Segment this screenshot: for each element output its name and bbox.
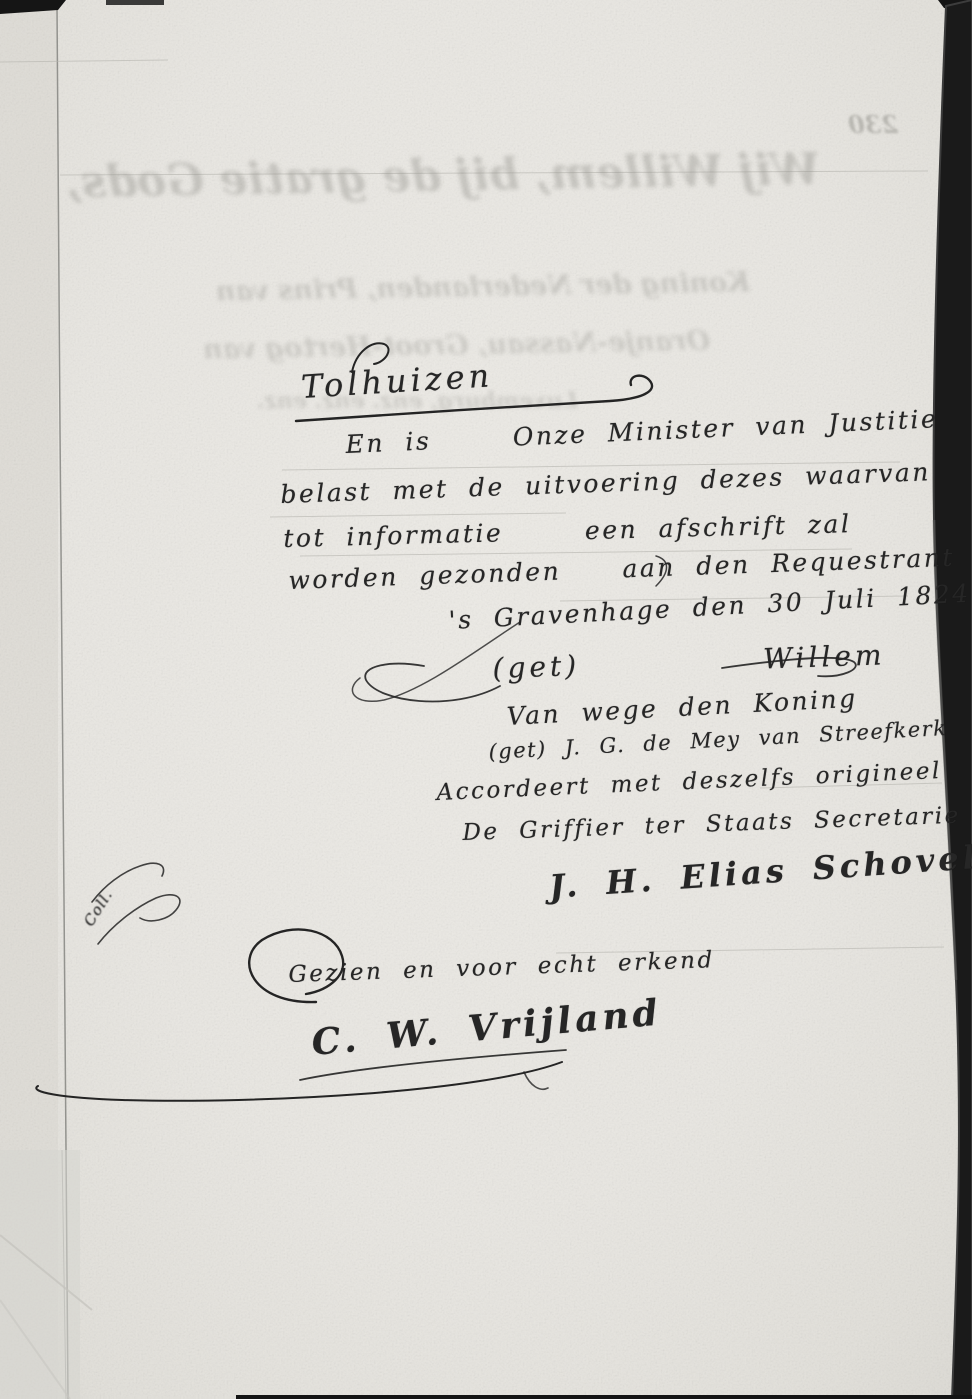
bleedthrough-line-1: Wij Willem, bij de gratie Gods, xyxy=(130,144,821,207)
body-line-2: belast met de uitvoering dezes waarvan xyxy=(280,457,931,509)
gravenhage-descender xyxy=(352,622,520,701)
marginal-scribble-1 xyxy=(92,863,164,902)
heading-cap-flourish xyxy=(352,343,389,372)
paper-grain xyxy=(0,0,972,1399)
body-line-3: tot informatie een afschrift zal xyxy=(283,509,852,553)
griffier-signature: J. H. Elias Schovel xyxy=(548,838,972,906)
dateline: 's Gravenhage den 30 Juli 1824. xyxy=(448,578,972,635)
vrijland-cross-stroke xyxy=(524,1072,548,1089)
get-loop-flourish xyxy=(365,664,500,702)
top-left-corner-mark xyxy=(0,0,66,14)
accordeert-line: Accordeert met deszelfs origineel xyxy=(436,758,942,806)
right-scan-edge xyxy=(934,0,972,1399)
gezonden-curl xyxy=(656,556,667,586)
handwriting-layer: Tolhuizen En is Onze Minister van Justit… xyxy=(0,0,972,1399)
gezien-g-flourish xyxy=(249,929,343,1002)
bleedthrough-line-4: Luxemburg, enz. enz. enz. xyxy=(238,388,578,414)
guide-lines xyxy=(0,60,944,953)
griffier-line: De Griffier ter Staats Secretarie xyxy=(462,803,961,846)
bleedthrough-line-3: Oranje-Nassau, Groot-Hertog van xyxy=(190,325,710,365)
bleedthrough-page-number: 230 xyxy=(848,110,898,139)
attestation-signature: C. W. Vrijland xyxy=(310,991,663,1063)
marginal-scribble-2 xyxy=(98,895,180,944)
body-line-1: En is Onze Minister van Justitie xyxy=(345,404,939,459)
bottom-left-smudge xyxy=(0,1150,80,1399)
vrijland-flourish-upper xyxy=(300,1050,566,1080)
left-fold-crease xyxy=(57,6,68,1399)
bottom-scan-edge xyxy=(236,1395,972,1399)
heading-tolhuizen: Tolhuizen xyxy=(300,356,494,406)
paper-texture-and-scan-edges xyxy=(0,0,972,1399)
willem-tail-flourish xyxy=(722,658,856,677)
body-line-4: worden gezonden aan den Requestrant xyxy=(288,543,955,595)
heading-underline-flourish xyxy=(296,376,652,421)
royal-signature-line: (get) Willem xyxy=(492,638,886,685)
left-margin-strip xyxy=(0,0,58,1399)
scanned-manuscript-page: 230 Wij Willem, bij de gratie Gods, Koni… xyxy=(0,0,972,1399)
top-edge-dash xyxy=(106,0,164,5)
vrijland-flourish-lower xyxy=(36,1062,562,1101)
vanwege-line: Van wege den Koning xyxy=(506,684,858,731)
top-right-corner-mark xyxy=(938,0,972,12)
bleedthrough-line-2: Koning der Nederlanden, Prins van xyxy=(170,267,750,308)
marginal-note: Coll. xyxy=(80,886,116,929)
ink-flourishes xyxy=(0,0,972,1399)
bleedthrough-layer: 230 Wij Willem, bij de gratie Gods, Koni… xyxy=(0,0,972,1399)
attestation-line: Gezien en voor echt erkend xyxy=(288,947,715,988)
countersign-line: (get) J. G. de Mey van Streefkerk xyxy=(488,716,948,764)
